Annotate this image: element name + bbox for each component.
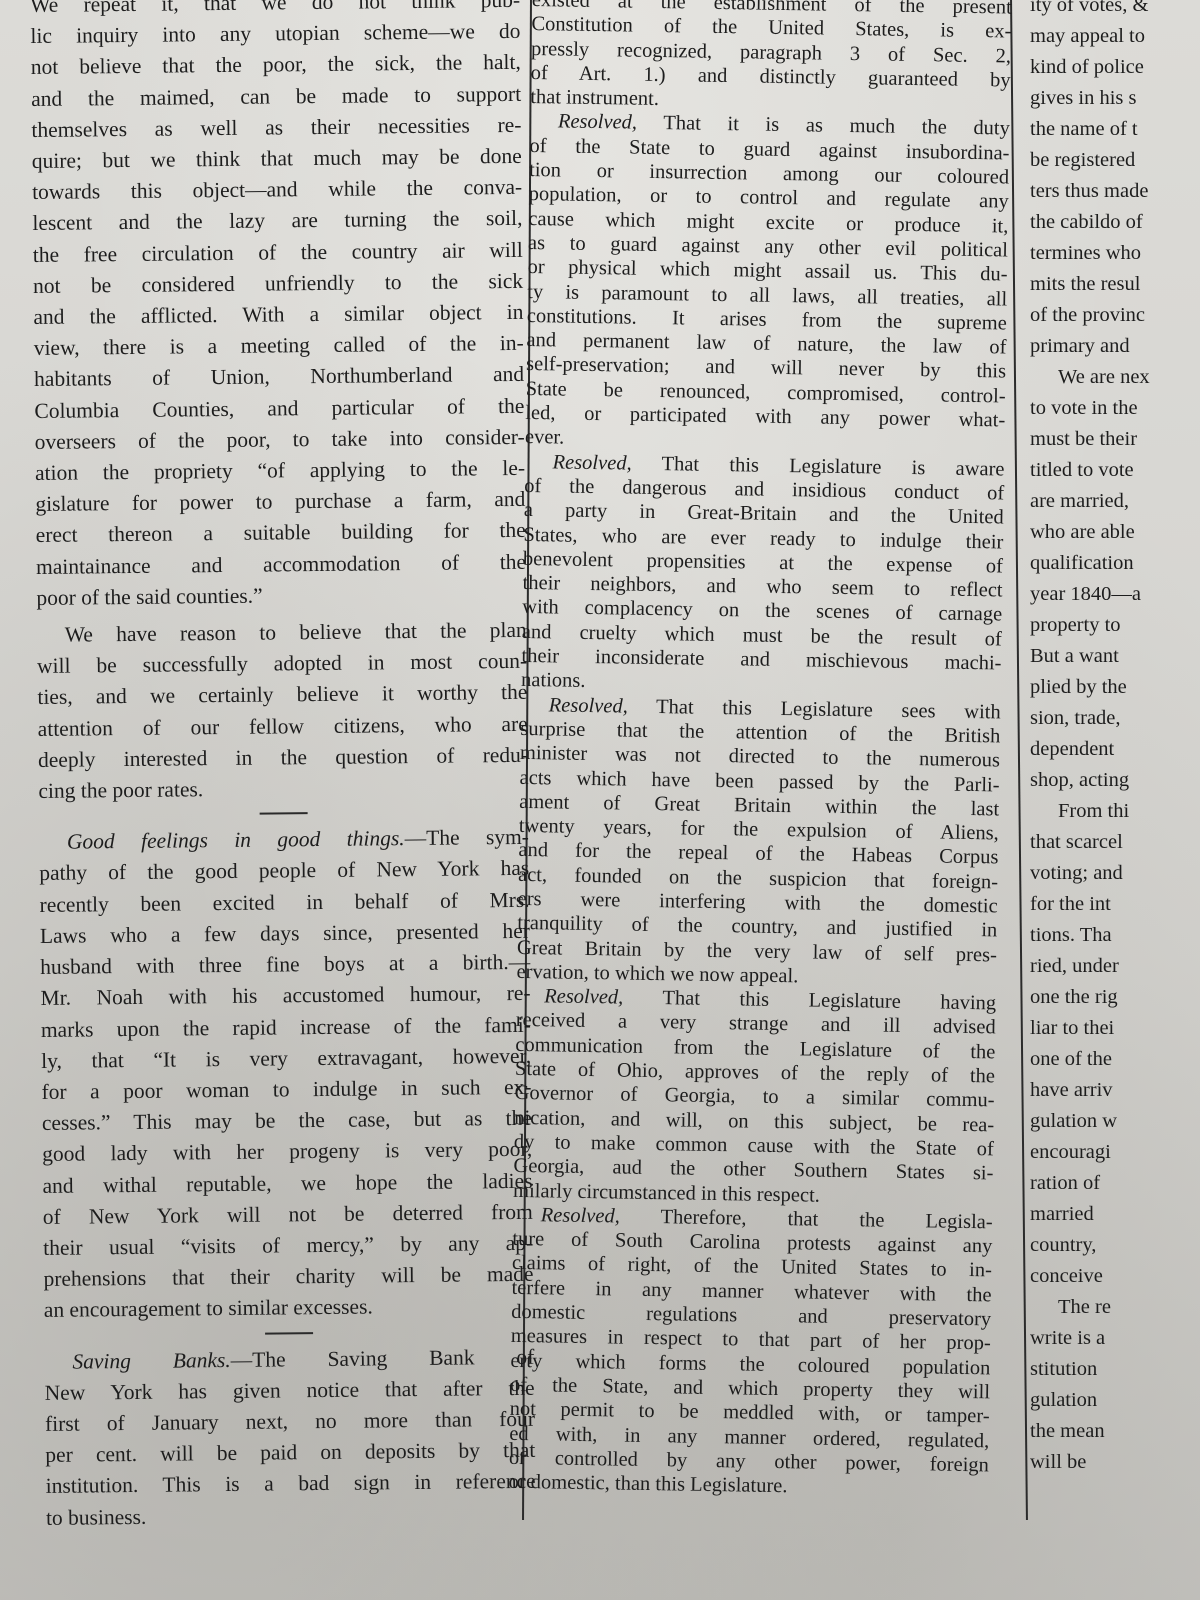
resolution-4: Resolved, That this Legislature having r… xyxy=(513,984,996,1210)
text-line: overseers of the poor, to take into cons… xyxy=(35,422,525,458)
text-line: that scarcel xyxy=(1030,827,1200,858)
text-line: We are nex xyxy=(1030,362,1200,393)
column-right-cropped: ity of votes, & may appeal to kind of po… xyxy=(1030,0,1200,1478)
text-line: must be their xyxy=(1030,424,1200,455)
article-good-feelings: Good feelings in good things.—The sym- p… xyxy=(39,822,534,1326)
text-line: titled to vote xyxy=(1030,455,1200,486)
section-divider xyxy=(260,812,308,815)
text-line: married xyxy=(1030,1199,1200,1230)
text-line: and the afflicted. With a similar object… xyxy=(33,297,523,333)
text-line: habitants of Union, Northumberland and xyxy=(34,359,524,395)
text-line: Mr. Noah with his accustomed humour, re- xyxy=(40,978,530,1014)
text-line: liar to thei xyxy=(1030,1013,1200,1044)
text-line: to vote in the xyxy=(1030,393,1200,424)
text-line: gislature for power to purchase a farm, … xyxy=(35,484,525,520)
text-line: one the rig xyxy=(1030,982,1200,1013)
text-line: cing the poor rates. xyxy=(38,771,528,807)
text-line: good lady with her progeny is very poor, xyxy=(42,1134,532,1170)
newspaper-page: We repeat it, that we do not think pub- … xyxy=(0,0,1200,1600)
text-line: marks upon the rapid increase of the fam… xyxy=(41,1009,531,1045)
text-line: Saving Banks.—The Saving Bank of xyxy=(44,1341,534,1377)
text-line: termines who xyxy=(1030,238,1200,269)
text-line: conceive xyxy=(1030,1261,1200,1292)
text-line: plied by the xyxy=(1030,672,1200,703)
text-line: may appeal to xyxy=(1030,21,1200,52)
text-line: qualification xyxy=(1030,548,1200,579)
text-line: erect thereon a suitable building for th… xyxy=(36,515,526,551)
text-line: husband with three fine boys at a birth.… xyxy=(40,947,530,983)
text-line: Columbia Counties, and particular of the xyxy=(34,390,524,426)
text-line: will be xyxy=(1030,1447,1200,1478)
text-line: the mean xyxy=(1030,1416,1200,1447)
resolution-2: Resolved, That this Legislature is aware… xyxy=(521,450,1005,700)
text-line: their usual “visits of mercy,” by any ap… xyxy=(43,1228,533,1264)
article-poor-farm: We repeat it, that we do not think pub- … xyxy=(30,0,527,614)
text-line: gives in his s xyxy=(1030,83,1200,114)
resolved-heading: Resolved, xyxy=(549,694,628,717)
text-line: have arriv xyxy=(1030,1075,1200,1106)
text-line: ties, and we certainly believe it worthy… xyxy=(37,677,527,713)
article-heading: Good feelings in good things. xyxy=(67,826,405,854)
text-line: country, xyxy=(1030,1230,1200,1261)
text-line: But a want xyxy=(1030,641,1200,672)
text-line: tions. Tha xyxy=(1030,920,1200,951)
text-line: shop, acting xyxy=(1030,765,1200,796)
text-line: themselves as well as their necessities … xyxy=(31,110,521,146)
text-line: primary and xyxy=(1030,331,1200,362)
text-line: to business. xyxy=(46,1497,536,1533)
text-line: voting; and xyxy=(1030,858,1200,889)
text-line: lic inquiry into any utopian scheme—we d… xyxy=(30,16,520,52)
text-line: ly, that “It is very extravagant, howeve… xyxy=(41,1041,531,1077)
column-rule-right xyxy=(1010,0,1028,1520)
article-poor-rates: We have reason to believe that the plan … xyxy=(37,615,529,807)
column-left: We repeat it, that we do not think pub- … xyxy=(30,0,536,1534)
text-line: towards this object—and while the conva- xyxy=(32,172,522,208)
text-line: ried, under xyxy=(1030,951,1200,982)
text-line: Laws who a few days since, presented her xyxy=(40,916,530,952)
article-heading: Saving Banks. xyxy=(72,1348,231,1374)
text-line: institution. This is a bad sign in refer… xyxy=(46,1466,536,1502)
text-line: the name of t xyxy=(1030,114,1200,145)
text-line: view, there is a meeting called of the i… xyxy=(34,328,524,364)
text-line: and the maimed, can be made to support xyxy=(31,78,521,114)
text-line: maintainance and accommodation of the xyxy=(36,546,526,582)
text-line: quire; but we think that much may be don… xyxy=(32,141,522,177)
text-line: year 1840—a xyxy=(1030,579,1200,610)
text-line: one of the xyxy=(1030,1044,1200,1075)
column-middle: existed at the establishment of the pres… xyxy=(508,0,1012,1502)
resolution-1: Resolved, That it is as much the duty of… xyxy=(525,109,1010,457)
text-line: gulation w xyxy=(1030,1106,1200,1137)
text-line: be registered xyxy=(1030,145,1200,176)
text-line: are married, xyxy=(1030,486,1200,517)
text-line: the cabildo of xyxy=(1030,207,1200,238)
text-line: recently been excited in behalf of Mrs. xyxy=(39,885,529,921)
text-line: We have reason to believe that the plan xyxy=(37,615,527,651)
text-line: The re xyxy=(1030,1292,1200,1323)
text-line: poor of the said counties.” xyxy=(36,578,526,614)
text-line: ity of votes, & xyxy=(1030,0,1200,21)
resolved-heading: Resolved, xyxy=(541,1204,620,1227)
text-line: ters thus made xyxy=(1030,176,1200,207)
text-line: per cent. will be paid on deposits by th… xyxy=(45,1435,535,1471)
text-line: the free circulation of the country air … xyxy=(33,234,523,270)
text-line: will be successfully adopted in most cou… xyxy=(37,646,527,682)
text-line: pathy of the good people of New York has xyxy=(39,853,529,889)
text-line: deeply interested in the question of red… xyxy=(38,740,528,776)
text-line: prehensions that their charity will be m… xyxy=(43,1259,533,1295)
text-line: encouragi xyxy=(1030,1137,1200,1168)
text-line: mits the resul xyxy=(1030,269,1200,300)
text-line: and withal reputable, we hope the ladies xyxy=(42,1165,532,1201)
resolved-heading: Resolved, xyxy=(552,451,631,474)
text-line: From thi xyxy=(1030,796,1200,827)
text-line: write is a xyxy=(1030,1323,1200,1354)
resolution-5: Resolved, Therefore, that the Legisla- t… xyxy=(508,1203,993,1502)
text-line: gulation xyxy=(1030,1385,1200,1416)
text-line: an encouragement to similar excesses. xyxy=(44,1290,534,1326)
text-line: stitution xyxy=(1030,1354,1200,1385)
text-line: for the int xyxy=(1030,889,1200,920)
text-line: attention of our fellow citizens, who ar… xyxy=(38,709,528,745)
paragraph-constitution: existed at the establishment of the pres… xyxy=(530,0,1012,117)
text-line: property to xyxy=(1030,610,1200,641)
text-line: of the provinc xyxy=(1030,300,1200,331)
text-line: lescent and the lazy are turning the soi… xyxy=(32,203,522,239)
text-line: first of January next, no more than four xyxy=(45,1404,535,1440)
resolved-heading: Resolved, xyxy=(558,111,637,134)
text-line: not believe that the poor, the sick, the… xyxy=(31,47,521,83)
text-line: who are able xyxy=(1030,517,1200,548)
section-divider xyxy=(265,1332,313,1335)
text-line: Good feelings in good things.—The sym- xyxy=(39,822,529,858)
text-line: sion, trade, xyxy=(1030,703,1200,734)
text-line: New York has given notice that after the xyxy=(45,1373,535,1409)
text-line: not be considered unfriendly to the sick xyxy=(33,266,523,302)
text-line: for a poor woman to indulge in such ex- xyxy=(41,1072,531,1108)
text-line: of New York will not be deterred from xyxy=(43,1197,533,1233)
resolved-heading: Resolved, xyxy=(544,985,623,1008)
text-line: dependent xyxy=(1030,734,1200,765)
text-line: ation the propriety “of applying to the … xyxy=(35,453,525,489)
article-saving-banks: Saving Banks.—The Saving Bank of New Yor… xyxy=(44,1341,536,1533)
text-line: ration of xyxy=(1030,1168,1200,1199)
text-line: cesses.” This may be the case, but as th… xyxy=(42,1103,532,1139)
resolution-3: Resolved, That this Legislature sees wit… xyxy=(516,693,1001,992)
text-line: kind of police xyxy=(1030,52,1200,83)
